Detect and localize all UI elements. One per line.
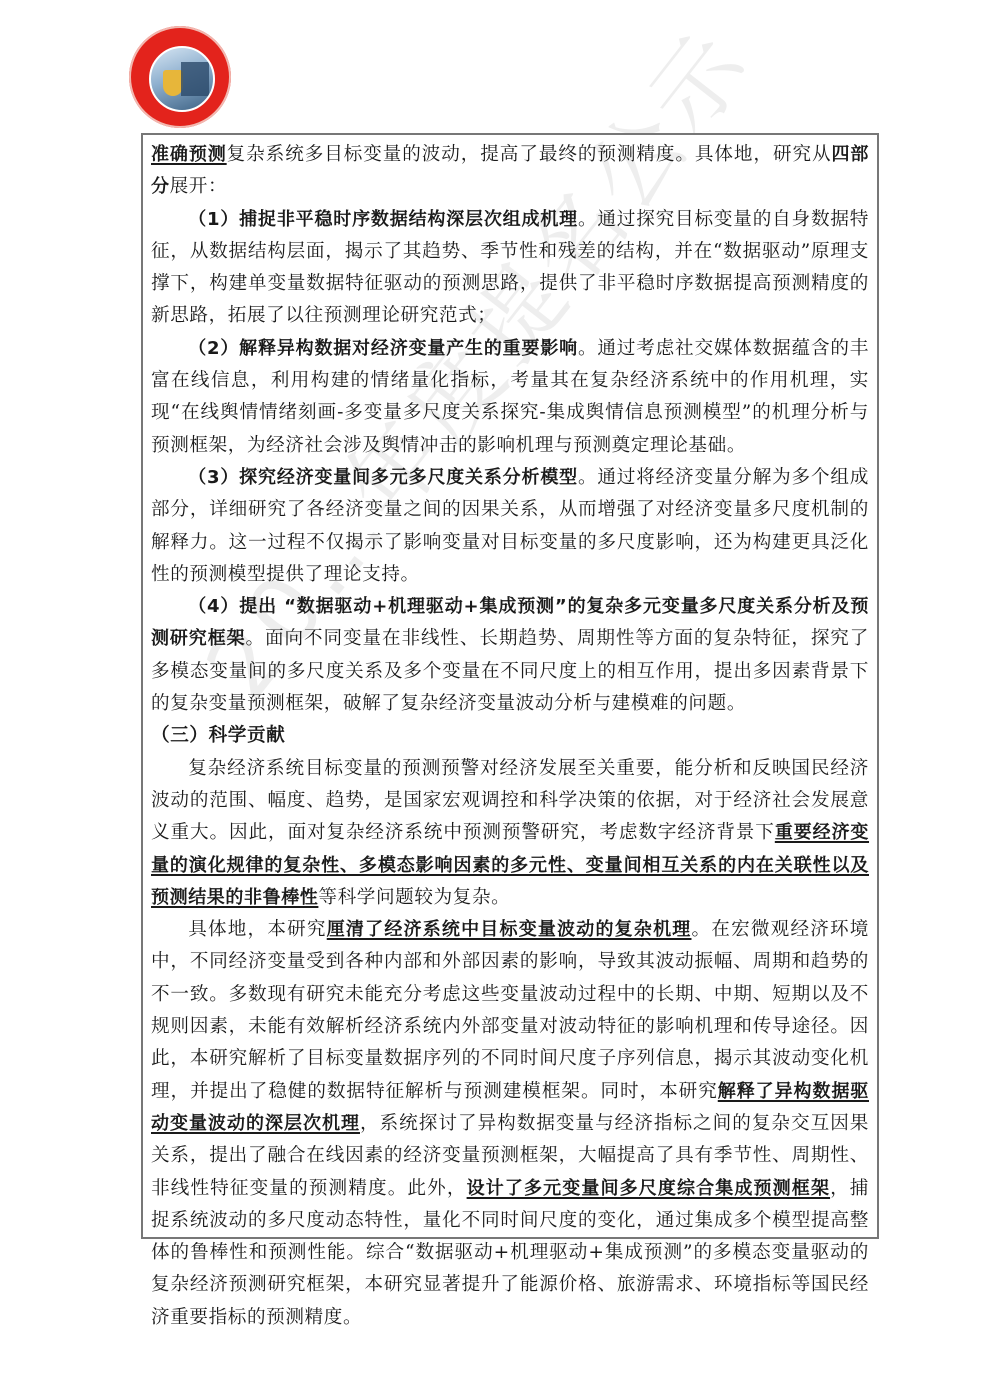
- text: 复杂系统多目标变量的波动，提高了最终的预测精度。具体地，研究从: [227, 144, 832, 165]
- building-icon: [181, 62, 209, 96]
- text: 具体地，本研究: [188, 919, 327, 940]
- bold-underlined-text: 厘清了经济系统中目标变量波动的复杂机理: [327, 919, 692, 940]
- organization-seal-logo: [129, 26, 231, 128]
- item-4-paragraph: （4）提出 “数据驱动+机理驱动+集成预测”的复杂多元变量多尺度关系分析及预测研…: [151, 591, 869, 720]
- bold-underlined-text: 设计了多元变量间多尺度综合集成预测框架: [467, 1178, 830, 1199]
- contribution-paragraph-2: 具体地，本研究厘清了经济系统中目标变量波动的复杂机理。在宏微观经济环境中，不同经…: [151, 914, 869, 1334]
- text: 等科学问题较为复杂。: [318, 887, 510, 908]
- trophy-icon: [163, 70, 183, 96]
- contribution-paragraph-1: 复杂经济系统目标变量的预测预警对经济发展至关重要，能分析和反映国民经济波动的范围…: [151, 753, 869, 914]
- item-1-title: （1）捕捉非平稳时序数据结构深层次组成机理: [188, 209, 578, 230]
- text: 复杂经济系统目标变量的预测预警对经济发展至关重要，能分析和反映国民经济波动的范围…: [151, 758, 869, 844]
- section-heading-contribution: （三）科学贡献: [151, 720, 869, 752]
- text: ，捕捉系统波动的多尺度动态特性，量化不同时间尺度的变化，通过集成多个模型提高整体…: [151, 1178, 869, 1328]
- bold-underlined-text: 准确预测: [151, 144, 227, 165]
- intro-paragraph: 准确预测复杂系统多目标变量的波动，提高了最终的预测精度。具体地，研究从四部分展开…: [151, 139, 869, 204]
- item-2-paragraph: （2）解释异构数据对经济变量产生的重要影响。通过考虑社交媒体数据蕴含的丰富在线信…: [151, 333, 869, 462]
- item-4-body: 。面向不同变量在非线性、长期趋势、周期性等方面的复杂特征，探究了多模态变量间的多…: [151, 628, 869, 714]
- text: 。在宏微观经济环境中，不同经济变量受到各种内部和外部因素的影响，导致其波动振幅、…: [151, 919, 869, 1101]
- text: 展开：: [170, 176, 228, 197]
- item-3-paragraph: （3）探究经济变量间多元多尺度关系分析模型。通过将经济变量分解为多个组成部分，详…: [151, 462, 869, 591]
- item-2-title: （2）解释异构数据对经济变量产生的重要影响: [188, 338, 578, 359]
- content-frame: 准确预测复杂系统多目标变量的波动，提高了最终的预测精度。具体地，研究从四部分展开…: [141, 133, 879, 1239]
- item-1-paragraph: （1）捕捉非平稳时序数据结构深层次组成机理。通过探究目标变量的自身数据特征，从数…: [151, 204, 869, 333]
- item-3-title: （3）探究经济变量间多元多尺度关系分析模型: [188, 467, 578, 488]
- seal-center-image: [149, 46, 215, 112]
